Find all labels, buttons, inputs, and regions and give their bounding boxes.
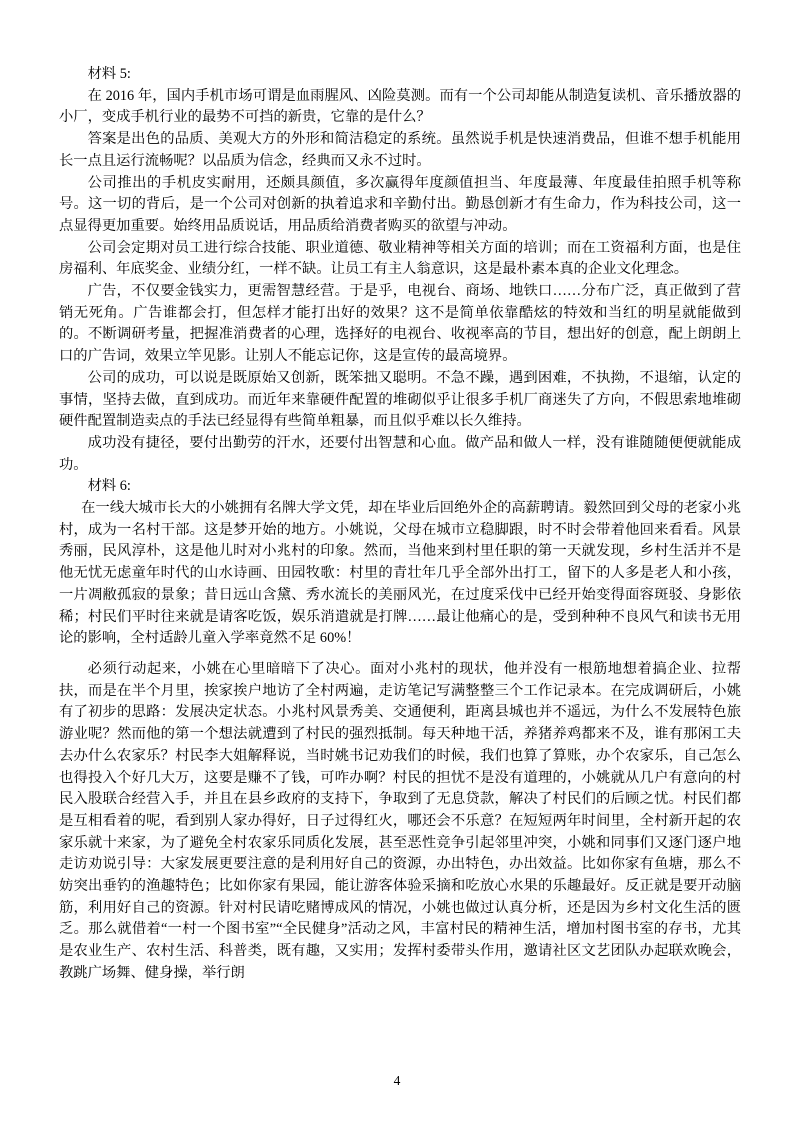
page-number: 4 — [0, 1072, 794, 1090]
body-paragraph: 答案是出色的品质、美观大方的外形和简洁稳定的系统。虽然说手机是快速消费品，但谁不… — [59, 129, 741, 172]
body-paragraph: 广告，不仅要金钱实力，更需智慧经营。于是乎，电视台、商场、地铁口……分布广泛，真… — [59, 281, 741, 368]
body-paragraph: 在 2016 年，国内手机市场可谓是血雨腥风、凶险莫测。而有一个公司却能从制造复… — [59, 86, 741, 129]
document-page: 材料 5: 在 2016 年，国内手机市场可谓是血雨腥风、凶险莫测。而有一个公司… — [0, 0, 794, 1122]
body-paragraph: 在一线大城市长大的小姚拥有名牌大学文凭，却在毕业后回绝外企的高薪聘请。毅然回到父… — [59, 498, 741, 650]
body-paragraph: 公司推出的手机皮实耐用，还颇具颜值，多次赢得年度颜值担当、年度最薄、年度最佳拍照… — [59, 173, 741, 238]
material-5-heading: 材料 5: — [59, 64, 741, 86]
document-body: 材料 5: 在 2016 年，国内手机市场可谓是血雨腥风、凶险莫测。而有一个公司… — [59, 64, 741, 985]
body-paragraph: 必须行动起来，小姚在心里暗暗下了决心。面对小兆村的现状，他并没有一根筋地想着搞企… — [59, 659, 741, 985]
material-6-heading: 材料 6: — [59, 476, 741, 498]
body-paragraph: 公司的成功，可以说是既原始又创新，既笨拙又聪明。不急不躁，遇到困难，不执拗，不退… — [59, 368, 741, 433]
body-paragraph: 公司会定期对员工进行综合技能、职业道德、敬业精神等相关方面的培训；而在工资福利方… — [59, 238, 741, 281]
body-paragraph: 成功没有捷径，要付出勤劳的汗水，还要付出智慧和心血。做产品和做人一样，没有谁随随… — [59, 433, 741, 476]
